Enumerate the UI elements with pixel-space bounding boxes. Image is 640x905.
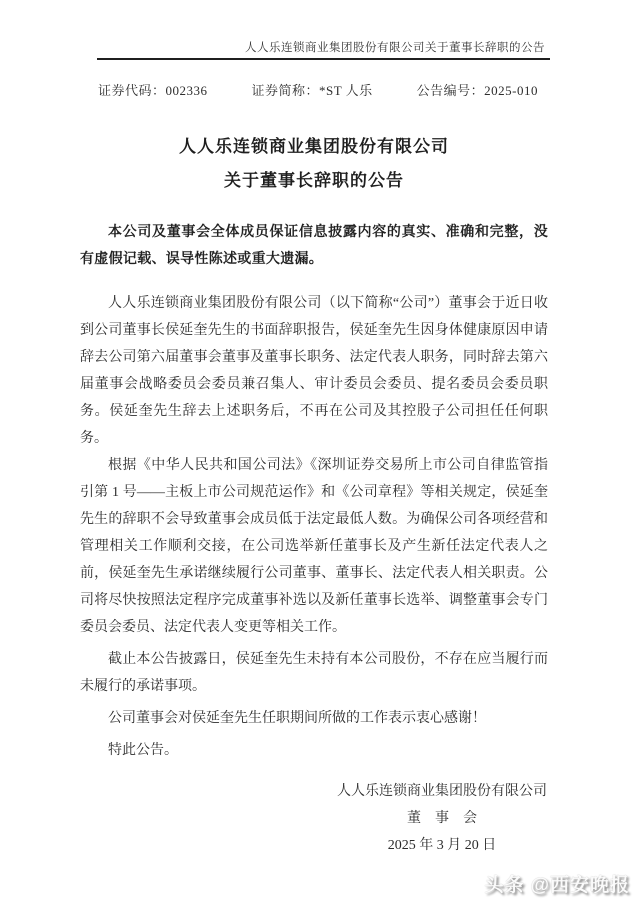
signature-company: 人人乐连锁商业集团股份有限公司 bbox=[337, 778, 547, 805]
running-header-note: 人人乐连锁商业集团股份有限公司关于董事长辞职的公告 bbox=[0, 0, 545, 56]
body-paragraph-resignation: 人人乐连锁商业集团股份有限公司（以下简称“公司”）董事会于近日收到公司董事长侯延… bbox=[80, 290, 548, 452]
watermark-handle-label: @西安晚报 bbox=[530, 875, 630, 896]
securities-info-row: 证券代码：002336 证券简称：*ST 人乐 公告编号：2025-010 bbox=[98, 82, 538, 100]
toutiao-watermark: 头条@西安晚报 bbox=[484, 870, 630, 897]
disclaimer-paragraph: 本公司及董事会全体成员保证信息披露内容的真实、准确和完整，没有虚假记载、误导性陈… bbox=[80, 219, 548, 273]
stock-abbr-label: 证券简称：*ST 人乐 bbox=[251, 82, 372, 100]
watermark-brand-label: 头条 bbox=[484, 875, 524, 896]
signature-block: 人人乐连锁商业集团股份有限公司 董 事 会 2025 年 3 月 20 日 bbox=[337, 778, 547, 859]
page-title: 人人乐连锁商业集团股份有限公司 关于董事长辞职的公告 bbox=[80, 130, 548, 198]
body-paragraph-shareholding: 截止本公告披露日，侯延奎先生未持有本公司股份，不存在应当履行而未履行的承诺事项。 bbox=[80, 646, 548, 700]
body-paragraph-regulations: 根据《中华人民共和国公司法》《深圳证券交易所上市公司自律监管指引第 1 号——主… bbox=[80, 452, 548, 641]
body-paragraph-closing: 特此公告。 bbox=[80, 737, 548, 764]
body-paragraph-thanks: 公司董事会对侯延奎先生任职期间所做的工作表示衷心感谢！ bbox=[80, 705, 548, 732]
page-title-line2: 关于董事长辞职的公告 bbox=[80, 164, 548, 198]
signature-board: 董 事 会 bbox=[337, 805, 547, 832]
announcement-number-label: 公告编号：2025-010 bbox=[417, 82, 538, 100]
page-title-line1: 人人乐连锁商业集团股份有限公司 bbox=[80, 130, 548, 164]
announcement-page: 人人乐连锁商业集团股份有限公司关于董事长辞职的公告 证券代码：002336 证券… bbox=[0, 0, 640, 905]
stock-code-label: 证券代码：002336 bbox=[98, 82, 208, 100]
announcement-body: 本公司及董事会全体成员保证信息披露内容的真实、准确和完整，没有虚假记载、误导性陈… bbox=[80, 219, 548, 764]
signature-date: 2025 年 3 月 20 日 bbox=[337, 832, 547, 859]
header-divider-line bbox=[97, 58, 550, 60]
